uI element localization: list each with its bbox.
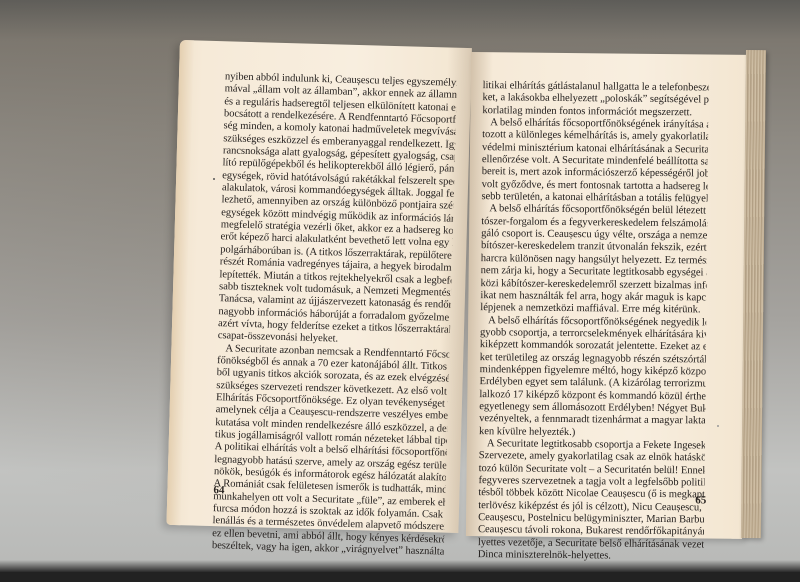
scanner-edge-bar [0, 572, 800, 582]
margin-speck [213, 178, 215, 180]
right-page-text: litikai elhárítás gátlástalanul hallgatt… [478, 80, 709, 564]
open-book: nyiben abból indulunk ki, Ceaușescu telj… [0, 0, 800, 582]
left-page-text: nyiben abból indulunk ki, Ceaușescu telj… [212, 71, 457, 559]
page-edge-stack [741, 50, 766, 538]
margin-speck [717, 425, 719, 427]
left-page-number: 64 [213, 484, 224, 496]
left-page: nyiben abból indulunk ki, Ceaușescu telj… [166, 40, 471, 533]
right-page: litikai elhárítás gátlástalanul hallgatt… [466, 52, 747, 539]
text-line: Dinca miniszterelnök-helyettes. [478, 549, 704, 564]
right-page-number: 65 [695, 494, 706, 506]
